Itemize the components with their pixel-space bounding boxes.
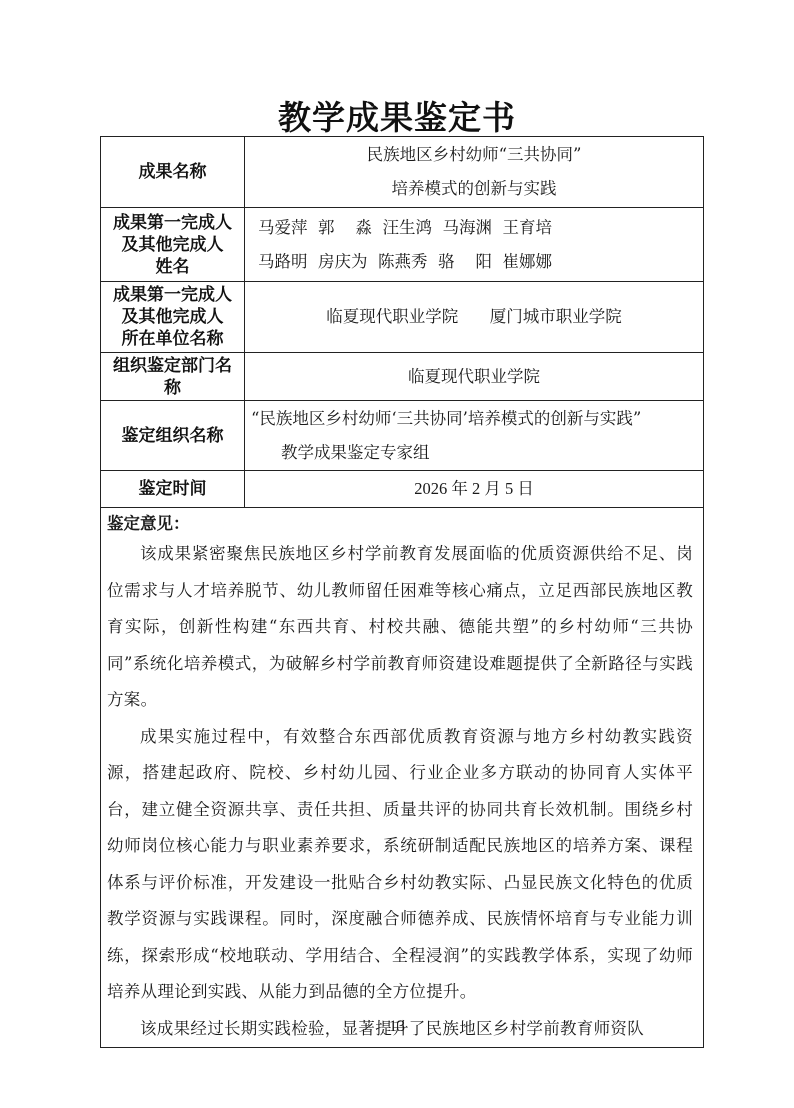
- label-org-name: 鉴定组织名称: [101, 401, 245, 471]
- row-achievement-name: 成果名称 民族地区乡村幼师“三共协同” 培养模式的创新与实践: [101, 137, 704, 208]
- value-org-name: “民族地区乡村幼师‘三共协同’培养模式的创新与实践” 教学成果鉴定专家组: [245, 401, 704, 471]
- label-org-department: 组织鉴定部门名 称: [101, 353, 245, 401]
- names-line-1: 马爱萍 郭 淼 汪生鸿 马海渊 王育培: [245, 211, 703, 245]
- opinion-cell: 鉴定意见： 该成果紧密聚焦民族地区乡村学前教育发展面临的优质资源供给不足、岗位需…: [101, 508, 704, 1048]
- names-line-2: 马路明 房庆为 陈燕秀 骆 阳 崔娜娜: [245, 245, 703, 279]
- row-org-department: 组织鉴定部门名 称 临夏现代职业学院: [101, 353, 704, 401]
- label-achievement-name: 成果名称: [101, 137, 245, 208]
- label-line: 成果第一完成人: [101, 284, 244, 306]
- row-opinion: 鉴定意见： 该成果紧密聚焦民族地区乡村学前教育发展面临的优质资源供给不足、岗位需…: [101, 508, 704, 1048]
- value-achievement-name: 民族地区乡村幼师“三共协同” 培养模式的创新与实践: [245, 137, 704, 208]
- label-completers: 成果第一完成人 及其他完成人 姓名: [101, 208, 245, 282]
- label-line: 成果第一完成人: [101, 212, 244, 234]
- opinion-heading: 鉴定意见：: [107, 512, 693, 536]
- org-name-line-1: “民族地区乡村幼师‘三共协同’培养模式的创新与实践”: [245, 402, 703, 436]
- appraisal-form-table: 成果名称 民族地区乡村幼师“三共协同” 培养模式的创新与实践 成果第一完成人 及…: [100, 136, 704, 1048]
- value-date: 2026 年 2 月 5 日: [245, 471, 704, 508]
- row-org-name: 鉴定组织名称 “民族地区乡村幼师‘三共协同’培养模式的创新与实践” 教学成果鉴定…: [101, 401, 704, 471]
- value-units: 临夏现代职业学院 厦门城市职业学院: [245, 282, 704, 353]
- label-line: 及其他完成人: [101, 306, 244, 328]
- label-line: 姓名: [101, 256, 244, 278]
- opinion-paragraph-2: 成果实施过程中，有效整合东西部优质教育资源与地方乡村幼教实践资源，搭建起政府、院…: [107, 719, 693, 1011]
- org-name-line-2: 教学成果鉴定专家组: [245, 436, 703, 470]
- document-title: 教学成果鉴定书: [0, 92, 794, 139]
- label-line: 及其他完成人: [101, 234, 244, 256]
- row-completers: 成果第一完成人 及其他完成人 姓名 马爱萍 郭 淼 汪生鸿 马海渊 王育培 马路…: [101, 208, 704, 282]
- opinion-paragraph-1: 该成果紧密聚焦民族地区乡村学前教育发展面临的优质资源供给不足、岗位需求与人才培养…: [107, 536, 693, 719]
- achievement-name-line-1: 民族地区乡村幼师“三共协同”: [245, 138, 703, 172]
- value-org-department: 临夏现代职业学院: [245, 353, 704, 401]
- label-line: 称: [101, 377, 244, 399]
- row-units: 成果第一完成人 及其他完成人 所在单位名称 临夏现代职业学院 厦门城市职业学院: [101, 282, 704, 353]
- page-number: 13: [0, 1018, 794, 1036]
- row-date: 鉴定时间 2026 年 2 月 5 日: [101, 471, 704, 508]
- label-units: 成果第一完成人 及其他完成人 所在单位名称: [101, 282, 245, 353]
- label-line: 组织鉴定部门名: [101, 355, 244, 377]
- achievement-name-line-2: 培养模式的创新与实践: [245, 172, 703, 206]
- label-date: 鉴定时间: [101, 471, 245, 508]
- value-completers: 马爱萍 郭 淼 汪生鸿 马海渊 王育培 马路明 房庆为 陈燕秀 骆 阳 崔娜娜: [245, 208, 704, 282]
- label-line: 所在单位名称: [101, 328, 244, 350]
